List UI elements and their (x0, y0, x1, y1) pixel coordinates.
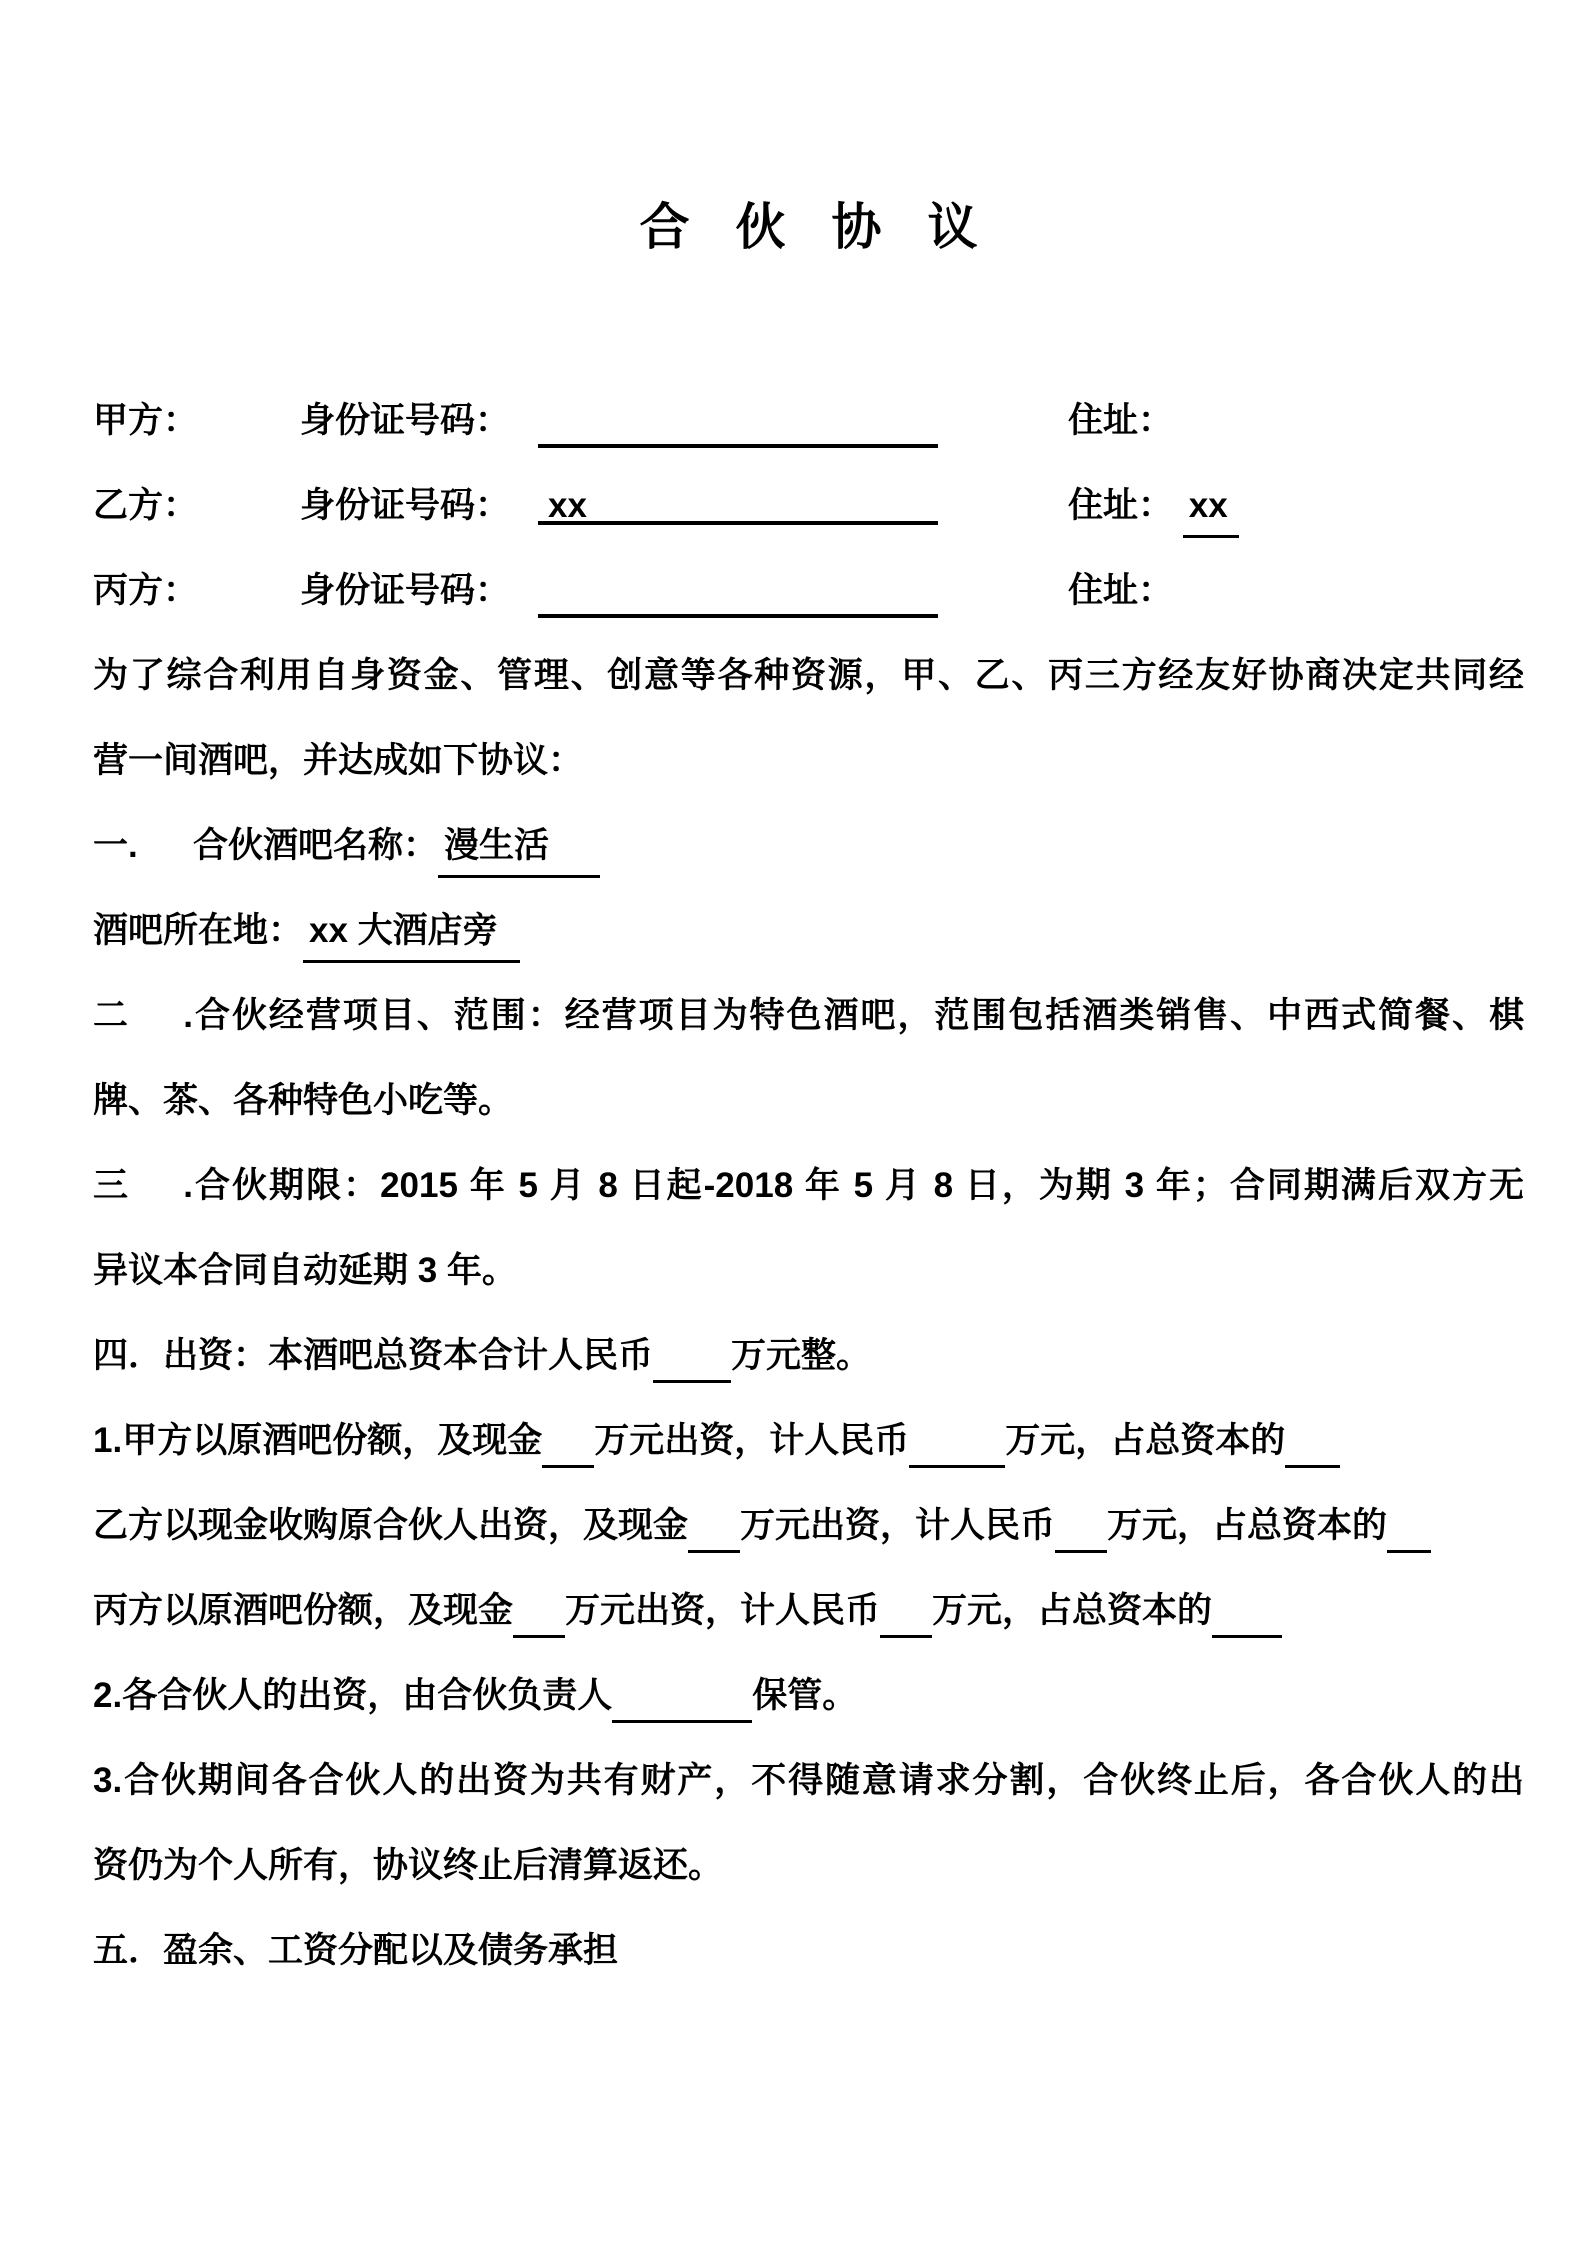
party-row-a: 甲方：身份证号码：住址： (93, 378, 1524, 463)
party-b-label: 乙方： (93, 463, 300, 548)
custody-line: 2.各合伙人的出资，由合伙负责人保管。 (93, 1653, 1524, 1738)
clause-1-label: 合伙酒吧名称： (193, 826, 438, 865)
clause-4-text-1: 四．出资：本酒吧总资本合计人民币 (93, 1336, 653, 1375)
clause-1-number: 一. (93, 803, 193, 888)
contribution-b-text-3: 万元，占总资本的 (1107, 1506, 1387, 1545)
document-page: 合伙协议 甲方：身份证号码：住址： 乙方：身份证号码：xx住址： xx 丙方：身… (0, 0, 1586, 2244)
clause-3-line-1: 三.合伙期限：2015 年 5 月 8 日起-2018 年 5 月 8 日，为期… (93, 1143, 1524, 1228)
intro-line-1: 为了综合利用自身资金、管理、创意等各种资源，甲、乙、丙三方经友好协商决定共同经 (93, 633, 1524, 718)
clause-4-text-2: 万元整。 (731, 1336, 871, 1375)
contribution-a-total-blank (909, 1425, 1005, 1468)
party-a-label: 甲方： (93, 378, 300, 463)
party-b-id-blank: xx (538, 485, 938, 525)
party-row-b: 乙方：身份证号码：xx住址： xx (93, 463, 1524, 548)
clause-4: 四．出资：本酒吧总资本合计人民币万元整。 (93, 1313, 1524, 1398)
clause-3-text-1: 合伙期限：2015 年 5 月 8 日起-2018 年 5 月 8 日，为期 3… (193, 1166, 1524, 1205)
clause-2-number: 二. (93, 973, 193, 1058)
custodian-name-blank (612, 1680, 752, 1723)
contribution-c-text-2: 万元出资，计人民币 (565, 1591, 880, 1630)
clause-2-text-1: 合伙经营项目、范围：经营项目为特色酒吧，范围包括酒类销售、中西式简餐、棋 (193, 996, 1524, 1035)
party-c-id-label: 身份证号码： (300, 548, 538, 633)
party-b-addr-label: 住址： (1068, 486, 1173, 525)
contribution-c-total-blank (880, 1595, 932, 1638)
contribution-b-cash-blank (688, 1510, 740, 1553)
capital-amount-blank (653, 1340, 731, 1383)
clause-2-line-1: 二.合伙经营项目、范围：经营项目为特色酒吧，范围包括酒类销售、中西式简餐、棋 (93, 973, 1524, 1058)
party-a-id-label: 身份证号码： (300, 378, 538, 463)
shared-property-line-2: 资仍为个人所有，协议终止后清算返还。 (93, 1823, 1524, 1908)
clause-3-number: 三. (93, 1143, 193, 1228)
contribution-party-b: 乙方以现金收购原合伙人出资，及现金万元出资，计人民币万元，占总资本的 (93, 1483, 1524, 1568)
contribution-a-text-1: 1.甲方以原酒吧份额，及现金 (93, 1421, 542, 1460)
contribution-a-cash-blank (542, 1425, 594, 1468)
location-label: 酒吧所在地： (93, 911, 303, 950)
contribution-a-text-2: 万元出资，计人民币 (594, 1421, 909, 1460)
contribution-b-text-1: 乙方以现金收购原合伙人出资，及现金 (93, 1506, 688, 1545)
party-c-addr-label: 住址： (1068, 571, 1173, 610)
contribution-c-text-3: 万元，占总资本的 (932, 1591, 1212, 1630)
contribution-b-total-blank (1055, 1510, 1107, 1553)
party-b-addr-value: xx (1183, 485, 1239, 538)
party-a-id-blank (538, 408, 938, 448)
contribution-a-text-3: 万元，占总资本的 (1005, 1421, 1285, 1460)
party-c-id-blank (538, 578, 938, 618)
document-title: 合伙协议 (93, 198, 1524, 256)
clause-1: 一.合伙酒吧名称：漫生活 (93, 803, 1524, 888)
party-b-id-label: 身份证号码： (300, 463, 538, 548)
contribution-party-a: 1.甲方以原酒吧份额，及现金万元出资，计人民币万元，占总资本的 (93, 1398, 1524, 1483)
shared-property-line-1: 3.合伙期间各合伙人的出资为共有财产，不得随意请求分割，合伙终止后，各合伙人的出 (93, 1738, 1524, 1823)
clause-3-line-2: 异议本合同自动延期 3 年。 (93, 1228, 1524, 1313)
bar-name-value: 漫生活 (438, 825, 600, 878)
contribution-c-cash-blank (513, 1595, 565, 1638)
contribution-party-c: 丙方以原酒吧份额，及现金万元出资，计人民币万元，占总资本的 (93, 1568, 1524, 1653)
intro-line-2: 营一间酒吧，并达成如下协议： (93, 718, 1524, 803)
location-value: xx 大酒店旁 (303, 910, 520, 963)
custody-text-2: 保管。 (752, 1676, 857, 1715)
party-a-addr-label: 住址： (1068, 401, 1173, 440)
contribution-a-share-blank (1285, 1425, 1340, 1468)
contribution-c-share-blank (1212, 1595, 1282, 1638)
clause-2-line-2: 牌、茶、各种特色小吃等。 (93, 1058, 1524, 1143)
contribution-c-text-1: 丙方以原酒吧份额，及现金 (93, 1591, 513, 1630)
party-c-label: 丙方： (93, 548, 300, 633)
contribution-b-text-2: 万元出资，计人民币 (740, 1506, 1055, 1545)
location-line: 酒吧所在地：xx 大酒店旁 (93, 888, 1524, 973)
contribution-b-share-blank (1387, 1510, 1431, 1553)
clause-5: 五．盈余、工资分配以及债务承担 (93, 1908, 1524, 1993)
custody-text-1: 2.各合伙人的出资，由合伙负责人 (93, 1676, 612, 1715)
party-row-c: 丙方：身份证号码：住址： (93, 548, 1524, 633)
